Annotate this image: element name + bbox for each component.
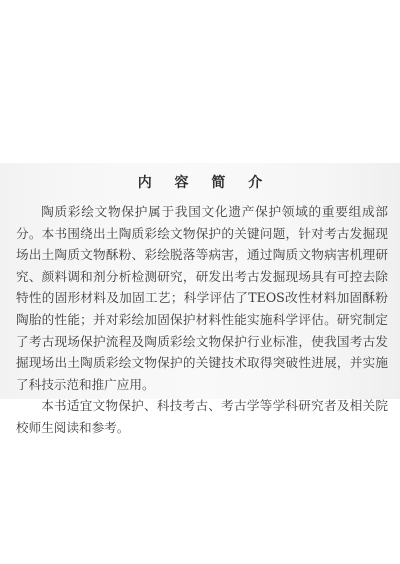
paragraph-audience: 本书适宜文物保护、科技考古、考古学等学科研究者及相关院校师生阅读和参考。 <box>16 395 388 438</box>
paragraph-summary: 陶质彩绘文物保护属于我国文化遗产保护领域的重要组成部分。本书围绕出土陶质彩绘文物… <box>16 201 388 395</box>
summary-body: 陶质彩绘文物保护属于我国文化遗产保护领域的重要组成部分。本书围绕出土陶质彩绘文物… <box>16 201 388 439</box>
page-title: 内 容 简 介 <box>0 172 400 192</box>
